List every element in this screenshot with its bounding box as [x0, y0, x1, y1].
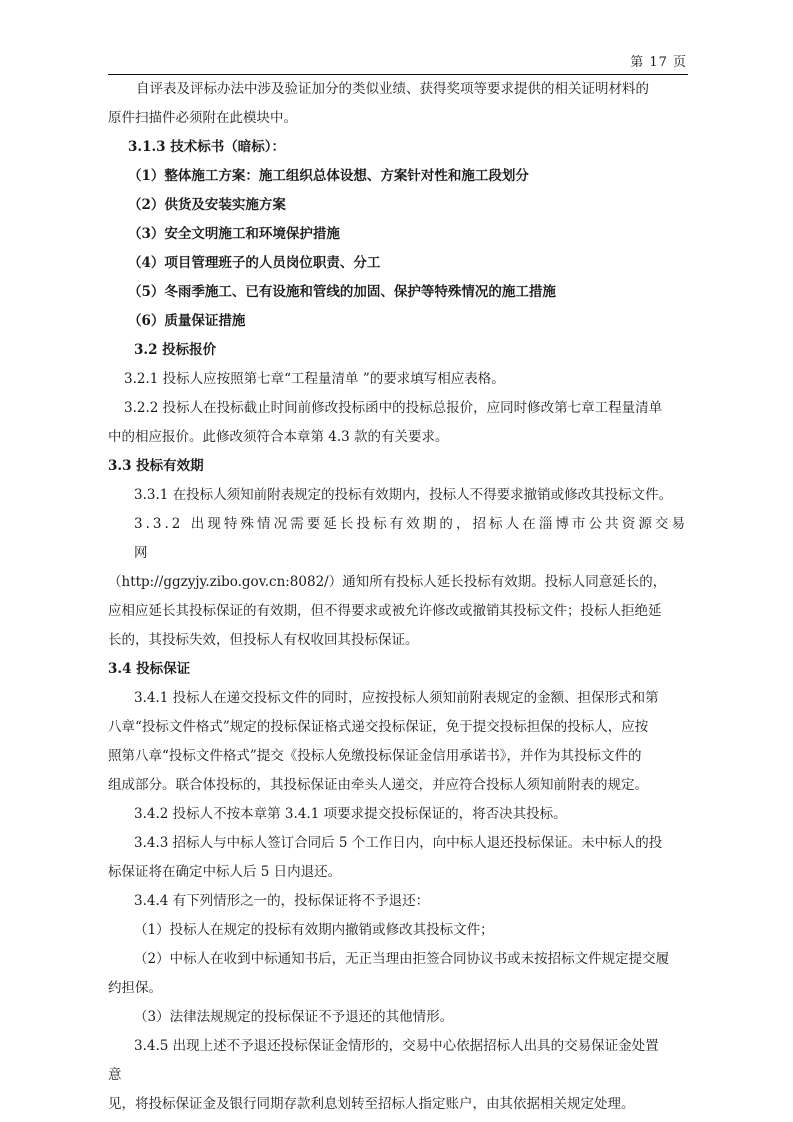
- list-item: （1）投标人在规定的投标有效期内撤销或修改其投标文件；: [108, 916, 688, 945]
- paragraph-3-4-3-line-2: 标保证将在确定中标人后 5 日内退还。: [108, 858, 688, 887]
- paragraph-3-3-2-line-2: （http://ggzyjy.zibo.gov.cn:8082/）通知所有投标人…: [108, 568, 688, 597]
- page-number: 第 17 页: [630, 51, 687, 70]
- paragraph-3-4-5-line-1: 3.4.5 出现上述不予退还投标保证金情形的，交易中心依据招标人出具的交易保证金…: [108, 1032, 688, 1061]
- paragraph-3-2-2-line-1: 3.2.2 投标人在投标截止时间前修改投标函中的投标总报价，应同时修改第七章工程…: [108, 394, 688, 423]
- section-3-2-title: 3.2 投标报价: [108, 336, 688, 365]
- list-item-line-2: 约担保。: [108, 974, 688, 1003]
- list-item: （4）项目管理班子的人员岗位职责、分工: [108, 249, 688, 278]
- intro-line-1: 自评表及评标办法中涉及验证加分的类似业绩、获得奖项等要求提供的相关证明材料的: [108, 75, 688, 104]
- paragraph-3-4-4: 3.4.4 有下列情形之一的，投标保证将不予退还：: [108, 887, 688, 916]
- list-item: （6）质量保证措施: [108, 307, 688, 336]
- paragraph-3-3-1: 3.3.1 在投标人须知前附表规定的投标有效期内，投标人不得要求撤销或修改其投标…: [108, 481, 688, 510]
- list-item: （2）供货及安装实施方案: [108, 191, 688, 220]
- paragraph-3-4-2: 3.4.2 投标人不按本章第 3.4.1 项要求提交投标保证的，将否决其投标。: [108, 800, 688, 829]
- intro-line-2: 原件扫描件必须附在此模块中。: [108, 104, 688, 133]
- list-item: （1）整体施工方案：施工组织总体设想、方案针对性和施工段划分: [108, 162, 688, 191]
- paragraph-3-4-3-line-1: 3.4.3 招标人与中标人签订合同后 5 个工作日内，向中标人退还投标保证。未中…: [108, 829, 688, 858]
- list-item: （5）冬雨季施工、已有设施和管线的加固、保护等特殊情况的施工措施: [108, 278, 688, 307]
- paragraph-3-4-1-line-2: 八章“投标文件格式”规定的投标保证格式递交投标保证，免于提交投标担保的投标人，应…: [108, 713, 688, 742]
- paragraph-3-3-2-line-1: 3.3.2 出现特殊情况需要延长投标有效期的，招标人在淄博市公共资源交易网: [108, 510, 688, 568]
- section-3-3-title: 3.3 投标有效期: [108, 452, 688, 481]
- paragraph-3-4-1-line-4: 组成部分。联合体投标的，其投标保证由牵头人递交，并应符合投标人须知前附表的规定。: [108, 771, 688, 800]
- document-body: 自评表及评标办法中涉及验证加分的类似业绩、获得奖项等要求提供的相关证明材料的 原…: [108, 75, 688, 1119]
- paragraph-3-4-5-line-2: 意: [108, 1061, 688, 1090]
- paragraph-3-4-1-line-3: 照第八章“投标文件格式”提交《投标人免缴投标保证金信用承诺书》，并作为其投标文件…: [108, 742, 688, 771]
- paragraph-3-4-1-line-1: 3.4.1 投标人在递交投标文件的同时，应按投标人须知前附表规定的金额、担保形式…: [108, 684, 688, 713]
- list-item: （3）安全文明施工和环境保护措施: [108, 220, 688, 249]
- paragraph-3-4-5-line-3: 见，将投标保证金及银行同期存款利息划转至招标人指定账户，由其依据相关规定处理。: [108, 1090, 688, 1119]
- paragraph-3-2-2-line-2: 中的相应报价。此修改须符合本章第 4.3 款的有关要求。: [108, 423, 688, 452]
- section-3-4-title: 3.4 投标保证: [108, 655, 688, 684]
- list-item-line-1: （2）中标人在收到中标通知书后，无正当理由拒签合同协议书或未按招标文件规定提交履: [108, 945, 688, 974]
- paragraph-3-2-1: 3.2.1 投标人应按照第七章“工程量清单 ”的要求填写相应表格。: [108, 365, 688, 394]
- paragraph-3-3-2-line-4: 长的，其投标失效，但投标人有权收回其投标保证。: [108, 626, 688, 655]
- paragraph-3-3-2-line-3: 应相应延长其投标保证的有效期，但不得要求或被允许修改或撤销其投标文件；投标人拒绝…: [108, 597, 688, 626]
- list-item: （3）法律法规规定的投标保证不予退还的其他情形。: [108, 1003, 688, 1032]
- section-3-1-3-title: 3.1.3 技术标书（暗标）：: [108, 133, 688, 162]
